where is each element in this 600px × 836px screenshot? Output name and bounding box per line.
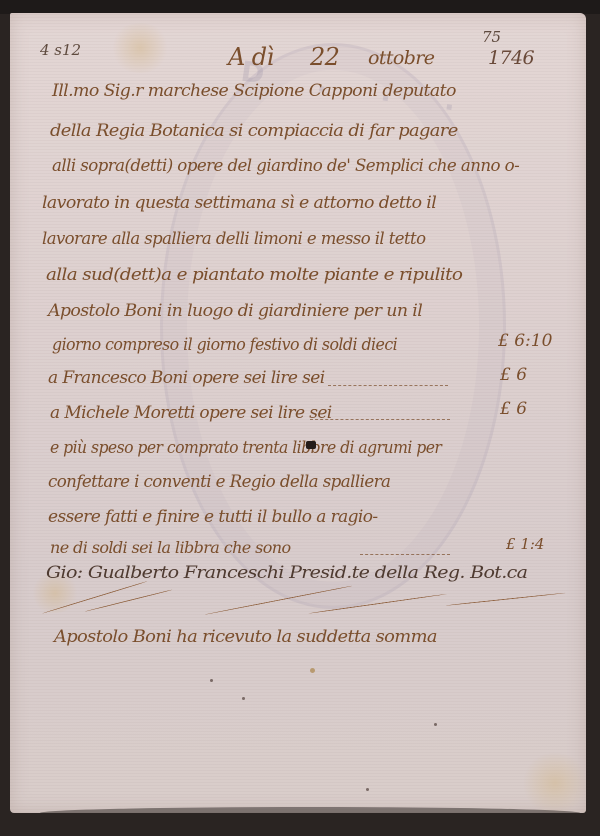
pen-flourish (85, 589, 173, 612)
lire-symbol: £ (498, 331, 509, 351)
body-line: alla sud(dett)a e piantato molte piante … (46, 265, 462, 285)
scan-border-top (0, 0, 600, 14)
paper-stain (110, 23, 170, 73)
dateline-year: 1746 (488, 47, 534, 69)
dateline-month: ottobre (368, 47, 434, 69)
paper-speck (210, 679, 213, 682)
manuscript-page: D . . . 4 s12 75 A dì 22 ottobre 1746 Il… (10, 13, 586, 813)
fill-dash (310, 419, 450, 420)
lire-symbol: £ (500, 399, 511, 419)
amount-value: 6 (516, 365, 527, 385)
paper-torn-edge (40, 807, 580, 813)
amount-entry: £ 6:10 (498, 331, 552, 351)
body-line: della Regia Botanica si compiaccia di fa… (50, 121, 458, 141)
body-line: lavorare alla spalliera delli limoni e m… (42, 229, 425, 249)
fill-dash (328, 385, 448, 386)
body-line: Apostolo Boni in luogo di giardiniere pe… (48, 301, 422, 321)
ink-blot (306, 441, 316, 449)
body-line: confettare i conventi e Regio della spal… (48, 472, 390, 492)
amount-entry: £ 1:4 (506, 535, 544, 553)
paper-speck (242, 697, 245, 700)
amount-entry: £ 6 (500, 399, 527, 419)
receipt-acknowledgement: Apostolo Boni ha ricevuto la suddetta so… (54, 627, 437, 647)
body-line: ne di soldi sei la libbra che sono (50, 538, 291, 557)
paper-speck (366, 788, 369, 791)
lire-symbol: £ (506, 535, 516, 553)
body-line: alli sopra(detti) opere del giardino de'… (52, 156, 519, 176)
body-line: lavorato in questa settimana sì e attorn… (42, 193, 436, 213)
amount-value: 1:4 (520, 535, 544, 553)
signature-line: Gio: Gualberto Franceschi Presid.te dell… (46, 563, 527, 583)
folio-number: 75 (482, 28, 501, 46)
body-line: Ill.mo Sig.r marchese Scipione Capponi d… (52, 81, 456, 101)
pen-flourish (446, 592, 565, 606)
paper-speck (434, 723, 437, 726)
amount-value: 6:10 (514, 331, 552, 351)
body-line: essere fatti e finire e tutti il bullo a… (48, 507, 378, 527)
reference-number: 4 s12 (40, 41, 81, 59)
lire-symbol: £ (500, 365, 511, 385)
body-line: a Michele Moretti opere sei lire sei (50, 403, 332, 423)
dateline-prefix: A dì (228, 43, 274, 71)
dateline-day: 22 (310, 43, 339, 71)
body-line: a Francesco Boni opere sei lire sei (48, 368, 325, 388)
body-line: e più speso per comprato trenta libbre d… (50, 438, 441, 458)
paper-stain (520, 753, 586, 813)
fill-dash (360, 554, 450, 555)
amount-value: 6 (516, 399, 527, 419)
paper-speck (310, 668, 315, 673)
body-line: giorno compreso il giorno festivo di sol… (52, 335, 397, 355)
amount-entry: £ 6 (500, 365, 527, 385)
